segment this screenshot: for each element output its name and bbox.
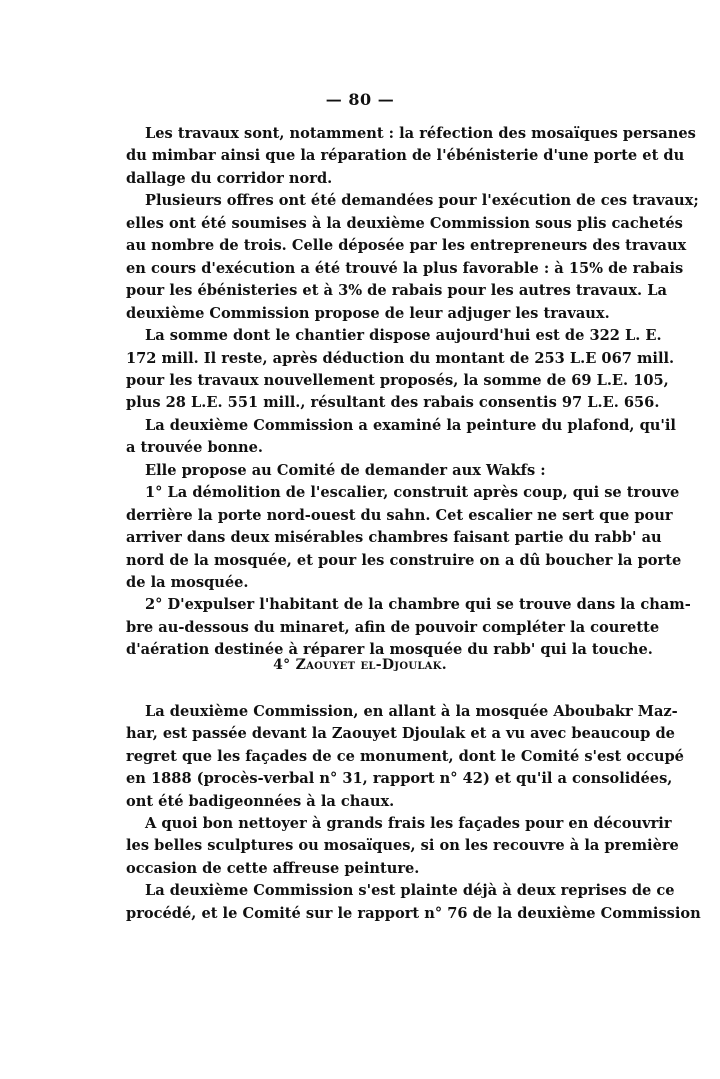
text-line: occasion de cette affreuse peinture. bbox=[126, 858, 606, 880]
text-line: pour les travaux nouvellement proposés, … bbox=[126, 370, 606, 392]
text-line: La deuxième Commission a examiné la pein… bbox=[145, 415, 606, 437]
text-line: 172 mill. Il reste, après déduction du m… bbox=[126, 348, 606, 370]
text-line: derrière la porte nord-ouest du sahn. Ce… bbox=[126, 505, 606, 527]
text-line: Elle propose au Comité de demander aux W… bbox=[145, 460, 606, 482]
text-line: de la mosquée. bbox=[126, 572, 606, 594]
text-line: elles ont été soumises à la deuxième Com… bbox=[126, 213, 606, 235]
text-line: pour les ébénisteries et à 3% de rabais … bbox=[126, 280, 606, 302]
text-line: procédé, et le Comité sur le rapport n° … bbox=[126, 903, 606, 925]
text-line: A quoi bon nettoyer à grands frais les f… bbox=[145, 813, 606, 835]
text-line: arriver dans deux misérables chambres fa… bbox=[126, 527, 606, 549]
text-line: en cours d'exécution a été trouvé la plu… bbox=[126, 258, 606, 280]
text-line: La deuxième Commission s'est plainte déj… bbox=[145, 880, 606, 902]
text-line: ont été badigeonnées à la chaux. bbox=[126, 791, 606, 813]
text-line: La deuxième Commission, en allant à la m… bbox=[145, 701, 606, 723]
text-line: les belles sculptures ou mosaïques, si o… bbox=[126, 835, 606, 857]
text-line: du mimbar ainsi que la réparation de l'é… bbox=[126, 145, 606, 167]
text-line: regret que les façades de ce monument, d… bbox=[126, 746, 606, 768]
text-line: 2° D'expulser l'habitant de la chambre q… bbox=[145, 594, 606, 616]
text-line: La somme dont le chantier dispose aujour… bbox=[145, 325, 606, 347]
text-line: plus 28 L.E. 551 mill., résultant des ra… bbox=[126, 392, 606, 414]
text-line: a trouvée bonne. bbox=[126, 437, 606, 459]
section-heading: 4° Zaouyet el-Djoulak. bbox=[0, 657, 720, 673]
text-line: dallage du corridor nord. bbox=[126, 168, 606, 190]
text-line: deuxième Commission propose de leur adju… bbox=[126, 303, 606, 325]
text-line: har, est passée devant la Zaouyet Djoula… bbox=[126, 723, 606, 745]
text-line: Plusieurs offres ont été demandées pour … bbox=[145, 190, 606, 212]
text-line: en 1888 (procès-verbal n° 31, rapport n°… bbox=[126, 768, 606, 790]
text-line: bre au-dessous du minaret, afin de pouvo… bbox=[126, 617, 606, 639]
text-line: Les travaux sont, notamment : la réfecti… bbox=[145, 123, 606, 145]
section-heading-text: 4° Zaouyet el-Djoulak. bbox=[273, 657, 447, 673]
page-number: — 80 — bbox=[0, 90, 720, 109]
text-line: 1° La démolition de l'escalier, construi… bbox=[145, 482, 606, 504]
text-line: nord de la mosquée, et pour les construi… bbox=[126, 550, 606, 572]
text-line: au nombre de trois. Celle déposée par le… bbox=[126, 235, 606, 257]
